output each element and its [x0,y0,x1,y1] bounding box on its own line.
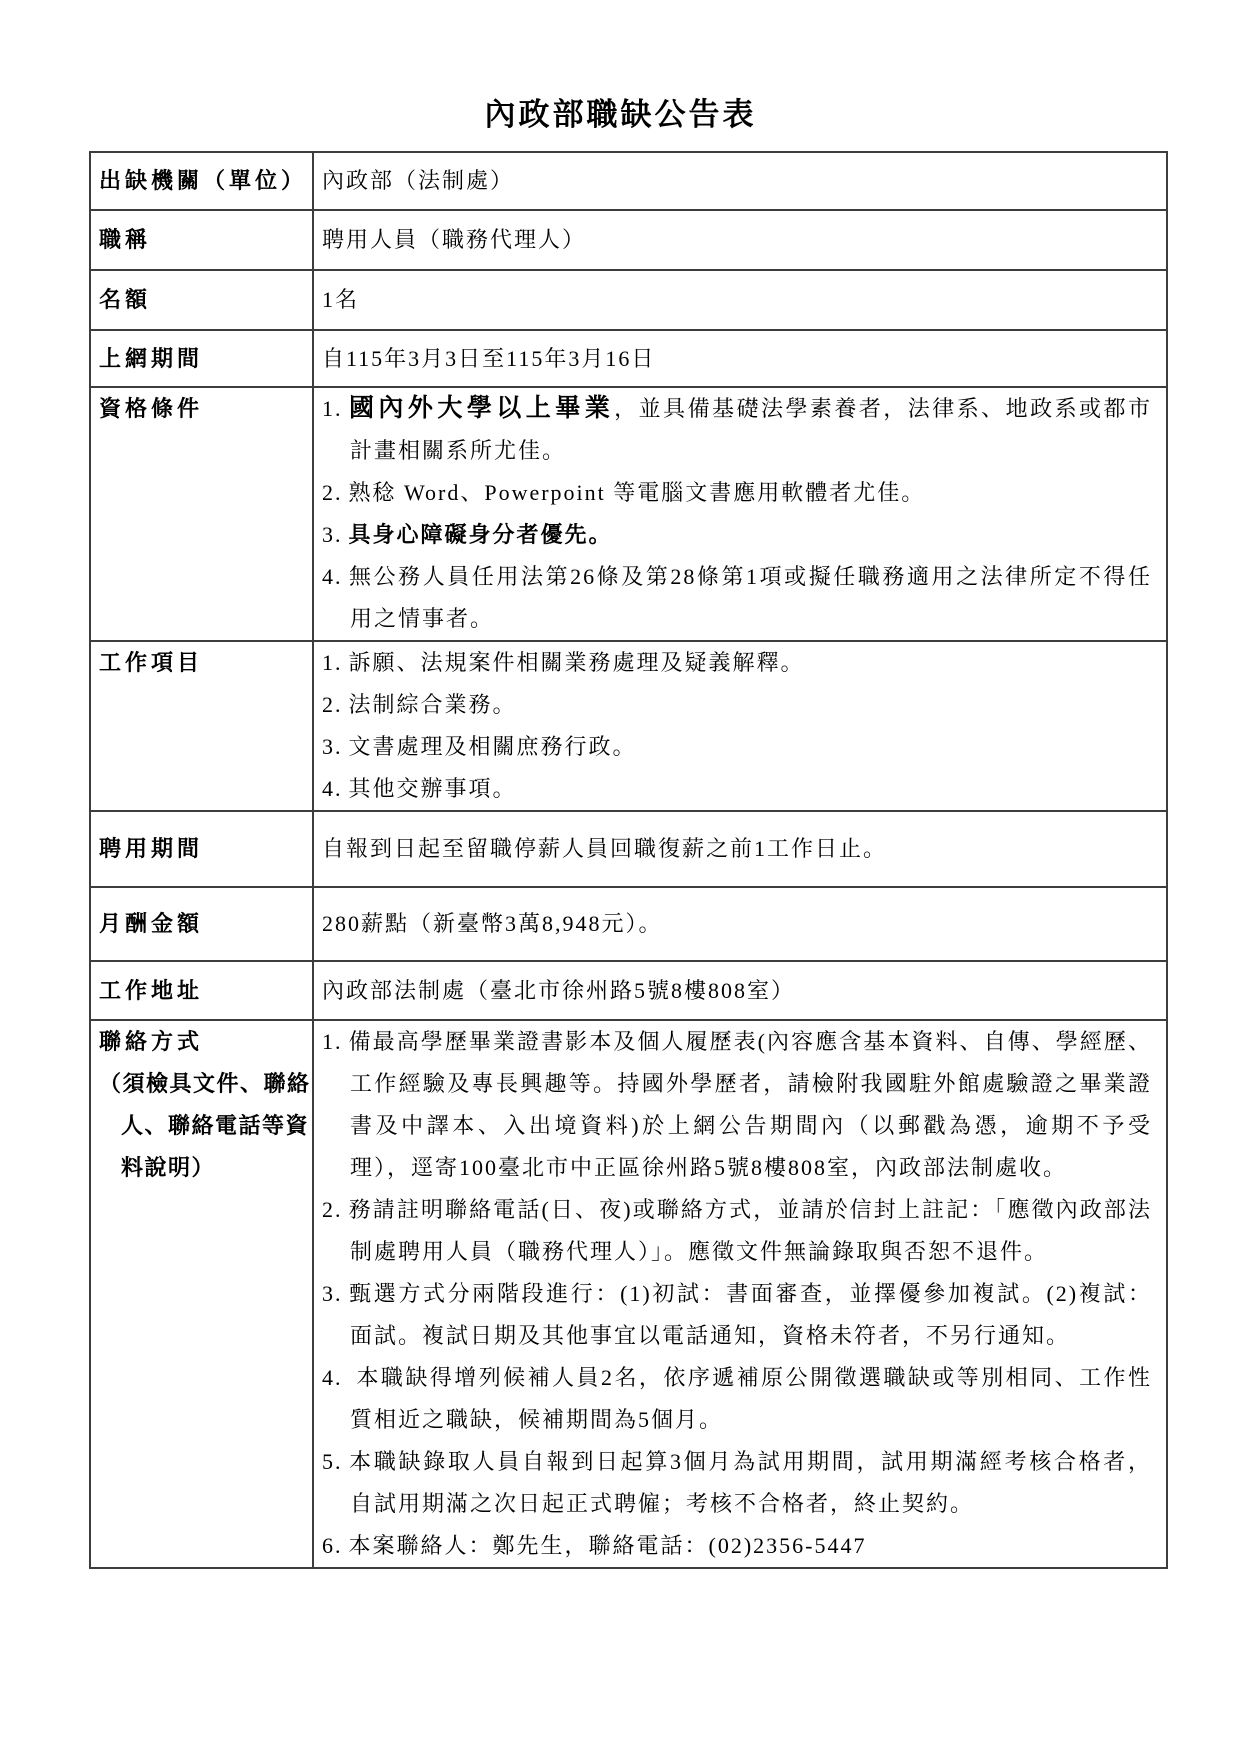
qualification-item: 3.具身心障礙身分者優先。 [322,514,1152,556]
table-row-work-address: 工作地址 內政部法制處（臺北市徐州路5號8樓808室） [90,961,1167,1020]
item-number: 5. [322,1449,343,1474]
value-posting-period: 自115年3月3日至115年3月16日 [313,330,1167,387]
item-text: 本案聯絡人：鄭先生，聯絡電話：(02)2356-5447 [349,1533,867,1558]
value-monthly-salary: 280薪點（新臺幣3萬8,948元）。 [313,887,1167,961]
contact-item: 3.甄選方式分兩階段進行：(1)初試：書面審查，並擇優參加複試。(2)複試：面試… [322,1273,1152,1357]
item-text: 熟稔 Word、Powerpoint 等電腦文書應用軟體者尤佳。 [349,480,926,505]
duty-item: 3.文書處理及相關庶務行政。 [322,726,1152,768]
label-work-address: 工作地址 [90,961,313,1020]
item-text: 其他交辦事項。 [349,776,517,801]
contact-label: 聯絡方式 [99,1021,308,1063]
item-number: 4. [322,776,343,801]
duty-item: 2.法制綜合業務。 [322,684,1152,726]
label-employment-period: 聘用期間 [90,811,313,887]
contact-label-note: （須檢具文件、聯絡人、聯絡電話等資料說明） [99,1063,313,1189]
value-job-title: 聘用人員（職務代理人） [313,210,1167,270]
item-bold-text: 具身心障礙身分者優先。 [349,522,613,547]
label-job-title: 職稱 [90,210,313,270]
table-row-quota: 名額 1名 [90,270,1167,330]
label-quota: 名額 [90,270,313,330]
item-number: 1. [322,650,343,675]
table-row-job-title: 職稱 聘用人員（職務代理人） [90,210,1167,270]
duty-item: 4.其他交辦事項。 [322,768,1152,810]
item-text: 法制綜合業務。 [349,692,517,717]
item-text: 訴願、法規案件相關業務處理及疑義解釋。 [349,650,805,675]
label-agency: 出缺機關（單位） [90,152,313,210]
item-number: 1. [322,1029,343,1054]
contact-item: 1.備最高學歷畢業證書影本及個人履歷表(內容應含基本資料、自傳、學經歷、工作經驗… [322,1021,1152,1189]
table-row-job-duties: 工作項目 1.訴願、法規案件相關業務處理及疑義解釋。 2.法制綜合業務。 3.文… [90,641,1167,811]
contact-item: 5.本職缺錄取人員自報到日起算3個月為試用期間，試用期滿經考核合格者，自試用期滿… [322,1441,1152,1525]
table-row-monthly-salary: 月酬金額 280薪點（新臺幣3萬8,948元）。 [90,887,1167,961]
contact-item: 4. 本職缺得增列候補人員2名，依序遞補原公開徵選職缺或等別相同、工作性質相近之… [322,1357,1152,1441]
item-number: 2. [322,692,343,717]
value-work-address: 內政部法制處（臺北市徐州路5號8樓808室） [313,961,1167,1020]
contact-item: 6.本案聯絡人：鄭先生，聯絡電話：(02)2356-5447 [322,1525,1152,1567]
contact-item: 2.務請註明聯絡電話(日、夜)或聯絡方式，並請於信封上註記：「應徵內政部法制處聘… [322,1189,1152,1273]
item-number: 3. [322,522,343,547]
value-job-duties: 1.訴願、法規案件相關業務處理及疑義解釋。 2.法制綜合業務。 3.文書處理及相… [313,641,1167,811]
item-number: 3. [322,1281,343,1306]
item-number: 6. [322,1533,343,1558]
value-qualifications: 1.國內外大學以上畢業，並具備基礎法學素養者，法律系、地政系或都市計畫相關系所尤… [313,387,1167,641]
label-job-duties: 工作項目 [90,641,313,811]
item-number: 4. [322,1365,343,1390]
value-contact-method: 1.備最高學歷畢業證書影本及個人履歷表(內容應含基本資料、自傳、學經歷、工作經驗… [313,1020,1167,1568]
item-text: 本職缺得增列候補人員2名，依序遞補原公開徵選職缺或等別相同、工作性質相近之職缺，… [349,1365,1153,1432]
vacancy-table: 出缺機關（單位） 內政部（法制處） 職稱 聘用人員（職務代理人） 名額 1名 上… [89,151,1168,1569]
value-employment-period: 自報到日起至留職停薪人員回職復薪之前1工作日止。 [313,811,1167,887]
value-agency: 內政部（法制處） [313,152,1167,210]
item-text: 文書處理及相關庶務行政。 [349,734,637,759]
item-number: 2. [322,480,343,505]
label-contact-method: 聯絡方式 （須檢具文件、聯絡人、聯絡電話等資料說明） [90,1020,313,1568]
table-row-qualifications: 資格條件 1.國內外大學以上畢業，並具備基礎法學素養者，法律系、地政系或都市計畫… [90,387,1167,641]
table-row-posting-period: 上網期間 自115年3月3日至115年3月16日 [90,330,1167,387]
table-row-contact-method: 聯絡方式 （須檢具文件、聯絡人、聯絡電話等資料說明） 1.備最高學歷畢業證書影本… [90,1020,1167,1568]
document-page: 內政部職缺公告表 出缺機關（單位） 內政部（法制處） 職稱 聘用人員（職務代理人… [0,0,1241,1755]
item-number: 2. [322,1197,343,1222]
value-quota: 1名 [313,270,1167,330]
qualification-item: 4.無公務人員任用法第26條及第28條第1項或擬任職務適用之法律所定不得任用之情… [322,556,1152,640]
table-row-agency: 出缺機關（單位） 內政部（法制處） [90,152,1167,210]
label-posting-period: 上網期間 [90,330,313,387]
item-number: 4. [322,564,343,589]
qualification-item: 1.國內外大學以上畢業，並具備基礎法學素養者，法律系、地政系或都市計畫相關系所尤… [322,388,1152,472]
page-title: 內政部職缺公告表 [0,97,1241,133]
item-text: 務請註明聯絡電話(日、夜)或聯絡方式，並請於信封上註記：「應徵內政部法制處聘用人… [349,1197,1153,1264]
label-qualifications: 資格條件 [90,387,313,641]
item-text: 無公務人員任用法第26條及第28條第1項或擬任職務適用之法律所定不得任用之情事者… [349,564,1153,631]
item-number: 3. [322,734,343,759]
item-text: 本職缺錄取人員自報到日起算3個月為試用期間，試用期滿經考核合格者，自試用期滿之次… [349,1449,1153,1516]
duty-item: 1.訴願、法規案件相關業務處理及疑義解釋。 [322,642,1152,684]
table-row-employment-period: 聘用期間 自報到日起至留職停薪人員回職復薪之前1工作日止。 [90,811,1167,887]
label-monthly-salary: 月酬金額 [90,887,313,961]
item-text: 備最高學歷畢業證書影本及個人履歷表(內容應含基本資料、自傳、學經歷、工作經驗及專… [349,1029,1153,1180]
item-text: 甄選方式分兩階段進行：(1)初試：書面審查，並擇優參加複試。(2)複試：面試。複… [349,1281,1153,1348]
item-number: 1. [322,396,343,421]
item-bold-text: 國內外大學以上畢業 [349,395,615,422]
qualification-item: 2.熟稔 Word、Powerpoint 等電腦文書應用軟體者尤佳。 [322,472,1152,514]
